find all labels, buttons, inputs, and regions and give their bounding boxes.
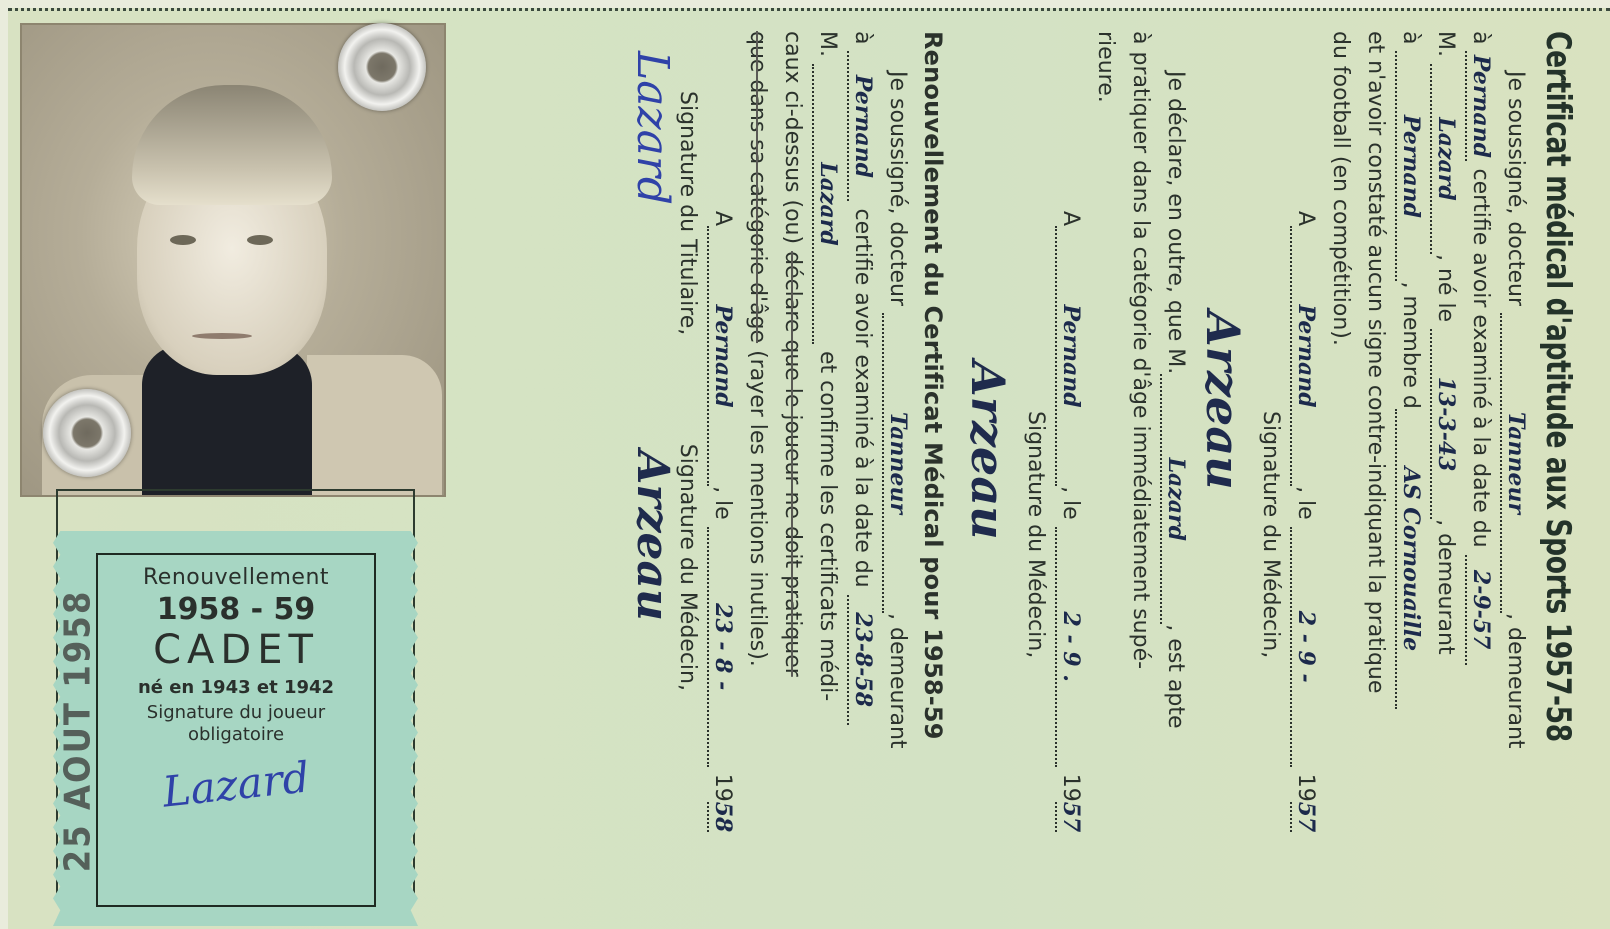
stamp-season: 1958 - 59 <box>98 592 374 627</box>
text: Je soussigné, docteur <box>885 71 910 306</box>
r-line5: que dans sa catégorie d'âge (rayer les m… <box>740 31 775 921</box>
text: (rayer les mentions inutiles). <box>745 350 770 667</box>
patient-name-field: Lazard <box>1160 374 1190 624</box>
s1-line5: et n'avoir constaté aucun signe contre-i… <box>1358 31 1393 921</box>
patient-city-field: Pernand <box>1395 51 1425 281</box>
r-line2: à Pernand certifie avoir examiné à la da… <box>845 31 880 921</box>
rivet-icon <box>43 389 131 477</box>
r-line4: caux ci-dessus (ou) déclare que le joueu… <box>775 31 810 921</box>
patient-name-field: Lazard <box>1430 64 1460 254</box>
doctor-signature: Arzeau <box>610 450 670 621</box>
doctor-city-field: Pernand <box>1465 51 1495 161</box>
text: 19 <box>1293 774 1318 802</box>
photo-mouth <box>192 333 252 339</box>
text: à <box>1398 31 1423 44</box>
text: à <box>850 31 875 44</box>
date-field: 2 - 9 - <box>1290 527 1320 767</box>
text: 19 <box>710 774 735 802</box>
place-field: Pernand <box>1290 226 1320 486</box>
r-line3: M. Lazard et confirme les certificats mé… <box>810 31 845 921</box>
year-field: 58 <box>707 802 737 833</box>
s1-line3: M. Lazard, né le 13-3-43, demeurant <box>1428 31 1463 921</box>
stamp-category: CADET <box>98 627 374 673</box>
doctor-city-field: Pernand <box>847 51 877 201</box>
exam-date-field: 23-8-58 <box>847 595 877 725</box>
place-field: Pernand <box>1055 226 1085 486</box>
text: A <box>1293 211 1318 226</box>
text: à <box>1468 31 1493 44</box>
s2-line3: rieure. <box>1088 31 1123 921</box>
stamp-born: né en 1943 et 1942 <box>98 677 374 698</box>
date-field: 2 - 9 . <box>1055 527 1085 767</box>
text: , demeurant <box>1503 613 1528 749</box>
patient-name-field: Lazard <box>812 64 842 344</box>
r-place-date: APernand, le 23 - 8 - 1958 <box>705 31 740 921</box>
stamp-signature-label-2: obligatoire <box>98 724 374 746</box>
certificate-text: Certificat médical d'aptitude aux Sports… <box>433 31 1583 921</box>
exam-date-field: 2-9-57 <box>1465 555 1495 665</box>
doctor-name-field: Tanneur <box>882 313 912 613</box>
player-signature: Lazard <box>96 746 376 824</box>
text: , membre d <box>1398 281 1423 408</box>
r-line1: Je soussigné, docteur Tanneur, demeurant <box>880 31 915 921</box>
rivet-icon <box>338 23 426 111</box>
text: , le <box>1293 486 1318 520</box>
s1-line1: Je soussigné, docteur Tanneur, demeurant <box>1498 31 1533 921</box>
stamp-signature-label: Signature du joueur obligatoire <box>98 702 374 746</box>
certificate-title: Certificat médical d'aptitude aux Sports… <box>1533 31 1583 725</box>
renewal-title: Renouvellement du Certificat Médical pou… <box>915 31 950 921</box>
struck-text: déclare que le joueur ne doit pratiquer <box>780 251 805 677</box>
text: certifie avoir examiné à la date du <box>850 208 875 587</box>
postmark-date: 25 AOUT 1958 <box>58 590 99 873</box>
r-signatures: Lazard Arzeau <box>610 31 670 921</box>
photo-hair <box>132 85 332 205</box>
s2-place-date: APernand, le 2 - 9 . 1957 <box>1053 31 1088 921</box>
text: A <box>710 211 735 226</box>
place-field: Pernand <box>707 226 737 486</box>
renewal-stamp-box: Renouvellement 1958 - 59 CADET né en 194… <box>96 553 376 907</box>
stamp-title: Renouvellement <box>98 565 374 590</box>
s1-line4: à Pernand, membre dAS Cornouaille <box>1393 31 1428 921</box>
text: , né le <box>1433 254 1458 322</box>
text: M. <box>1433 31 1458 57</box>
s1-signature-label: Signature du Médecin, <box>1253 31 1288 921</box>
text: , est apte <box>1163 624 1188 728</box>
postmark: 25 AOUT 1958 <box>48 571 108 891</box>
text: , le <box>710 486 735 520</box>
text: Je soussigné, docteur <box>1503 71 1528 306</box>
photo-eye <box>247 235 273 245</box>
s2-line1: Je déclare, en outre, que M.Lazard, est … <box>1158 31 1193 921</box>
stamp-signature-label-1: Signature du joueur <box>98 702 374 724</box>
s1-line2: à Pernand certifie avoir examiné à la da… <box>1463 31 1498 921</box>
text: et confirme les certificats médi- <box>815 351 840 701</box>
s2-line2: à pratiquer dans la catégorie d'âge immé… <box>1123 31 1158 921</box>
birth-date-field: 13-3-43 <box>1430 329 1460 519</box>
text: A <box>1058 211 1083 226</box>
year-field: 57 <box>1055 802 1085 833</box>
holder-signature: Lazard <box>610 51 670 205</box>
text: caux ci-dessus (ou) <box>780 31 805 244</box>
year-field: 57 <box>1290 802 1320 833</box>
text: , demeurant <box>885 613 910 749</box>
s2-signature-label: Signature du Médecin, <box>1018 31 1053 921</box>
doctor-signature: Arzeau <box>1193 31 1253 921</box>
struck-text: que dans sa catégorie d'âge <box>745 31 770 343</box>
certificate-card: Renouvellement 1958 - 59 CADET né en 194… <box>8 8 1610 929</box>
text: , demeurant <box>1433 519 1458 655</box>
text: Je déclare, en outre, que M. <box>1163 71 1188 374</box>
text: , le <box>1058 486 1083 520</box>
doctor-signature: Arzeau <box>958 31 1018 921</box>
club-field: AS Cornouaille <box>1395 409 1425 709</box>
doctor-name-field: Tanneur <box>1500 313 1530 613</box>
s1-line6: du football (en compétition). <box>1323 31 1358 921</box>
text: certifie avoir examiné à la date du <box>1468 168 1493 547</box>
photo-jacket <box>307 355 442 495</box>
date-field: 23 - 8 - <box>707 527 737 767</box>
s1-place-date: APernand, le 2 - 9 - 1957 <box>1288 31 1323 921</box>
photo-eye <box>170 235 196 245</box>
text: 19 <box>1058 774 1083 802</box>
text: M. <box>815 31 840 57</box>
